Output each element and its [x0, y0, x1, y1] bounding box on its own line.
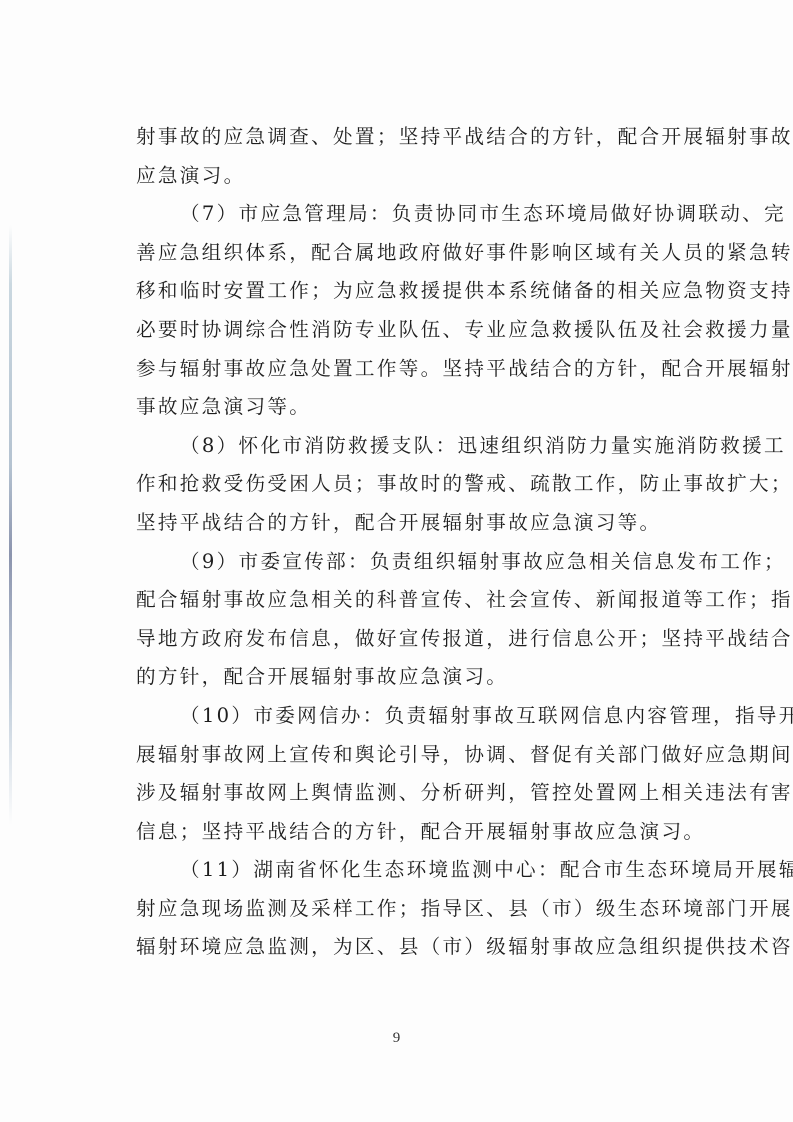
text-line: 移和临时安置工作；为应急救援提供本系统储备的相关应急物资支持； — [136, 272, 666, 311]
text-line: 应急演习。 — [136, 157, 666, 196]
text-line: 射应急现场监测及采样工作；指导区、县（市）级生态环境部门开展 — [136, 890, 666, 929]
document-body: 射事故的应急调查、处置；坚持平战结合的方针，配合开展辐射事故 应急演习。 （7）… — [136, 118, 666, 967]
text-line: 作和抢救受伤受困人员；事故时的警戒、疏散工作，防止事故扩大； — [136, 465, 666, 504]
text-line: 配合辐射事故应急相关的科普宣传、社会宣传、新闻报道等工作；指 — [136, 581, 666, 620]
page-number: 9 — [0, 1030, 793, 1047]
text-line: 事故应急演习等。 — [136, 388, 666, 427]
paragraph-9-publicity-department: （9）市委宣传部：负责组织辐射事故应急相关信息发布工作； 配合辐射事故应急相关的… — [136, 543, 666, 697]
text-line: 展辐射事故网上宣传和舆论引导，协调、督促有关部门做好应急期间 — [136, 736, 666, 775]
document-page: 射事故的应急调查、处置；坚持平战结合的方针，配合开展辐射事故 应急演习。 （7）… — [0, 0, 793, 1122]
paragraph-first-line: （7）市应急管理局：负责协同市生态环境局做好协调联动、完 — [136, 195, 666, 234]
text-line: 射事故的应急调查、处置；坚持平战结合的方针，配合开展辐射事故 — [136, 118, 666, 157]
text-line: 辐射环境应急监测，为区、县（市）级辐射事故应急组织提供技术咨 — [136, 928, 666, 967]
paragraph-7-emergency-management-bureau: （7）市应急管理局：负责协同市生态环境局做好协调联动、完 善应急组织体系，配合属… — [136, 195, 666, 427]
text-line: 导地方政府发布信息，做好宣传报道，进行信息公开；坚持平战结合 — [136, 620, 666, 659]
paragraph-6-tail: 射事故的应急调查、处置；坚持平战结合的方针，配合开展辐射事故 应急演习。 — [136, 118, 666, 195]
paragraph-11-monitoring-center: （11）湖南省怀化生态环境监测中心：配合市生态环境局开展辐 射应急现场监测及采样… — [136, 851, 666, 967]
paragraph-first-line: （10）市委网信办：负责辐射事故互联网信息内容管理，指导开 — [136, 697, 666, 736]
paragraph-first-line: （11）湖南省怀化生态环境监测中心：配合市生态环境局开展辐 — [136, 851, 666, 890]
scan-edge-artifact — [9, 225, 12, 825]
paragraph-10-cyberspace-office: （10）市委网信办：负责辐射事故互联网信息内容管理，指导开 展辐射事故网上宣传和… — [136, 697, 666, 851]
text-line: 信息；坚持平战结合的方针，配合开展辐射事故应急演习。 — [136, 813, 666, 852]
text-line: 涉及辐射事故网上舆情监测、分析研判，管控处置网上相关违法有害 — [136, 774, 666, 813]
text-line: 的方针，配合开展辐射事故应急演习。 — [136, 658, 666, 697]
paragraph-first-line: （8）怀化市消防救援支队：迅速组织消防力量实施消防救援工 — [136, 427, 666, 466]
text-line: 参与辐射事故应急处置工作等。坚持平战结合的方针，配合开展辐射 — [136, 350, 666, 389]
paragraph-first-line: （9）市委宣传部：负责组织辐射事故应急相关信息发布工作； — [136, 543, 666, 582]
text-line: 必要时协调综合性消防专业队伍、专业应急救援队伍及社会救援力量 — [136, 311, 666, 350]
paragraph-8-fire-rescue-detachment: （8）怀化市消防救援支队：迅速组织消防力量实施消防救援工 作和抢救受伤受困人员；… — [136, 427, 666, 543]
text-line: 善应急组织体系，配合属地政府做好事件影响区域有关人员的紧急转 — [136, 234, 666, 273]
text-line: 坚持平战结合的方针，配合开展辐射事故应急演习等。 — [136, 504, 666, 543]
